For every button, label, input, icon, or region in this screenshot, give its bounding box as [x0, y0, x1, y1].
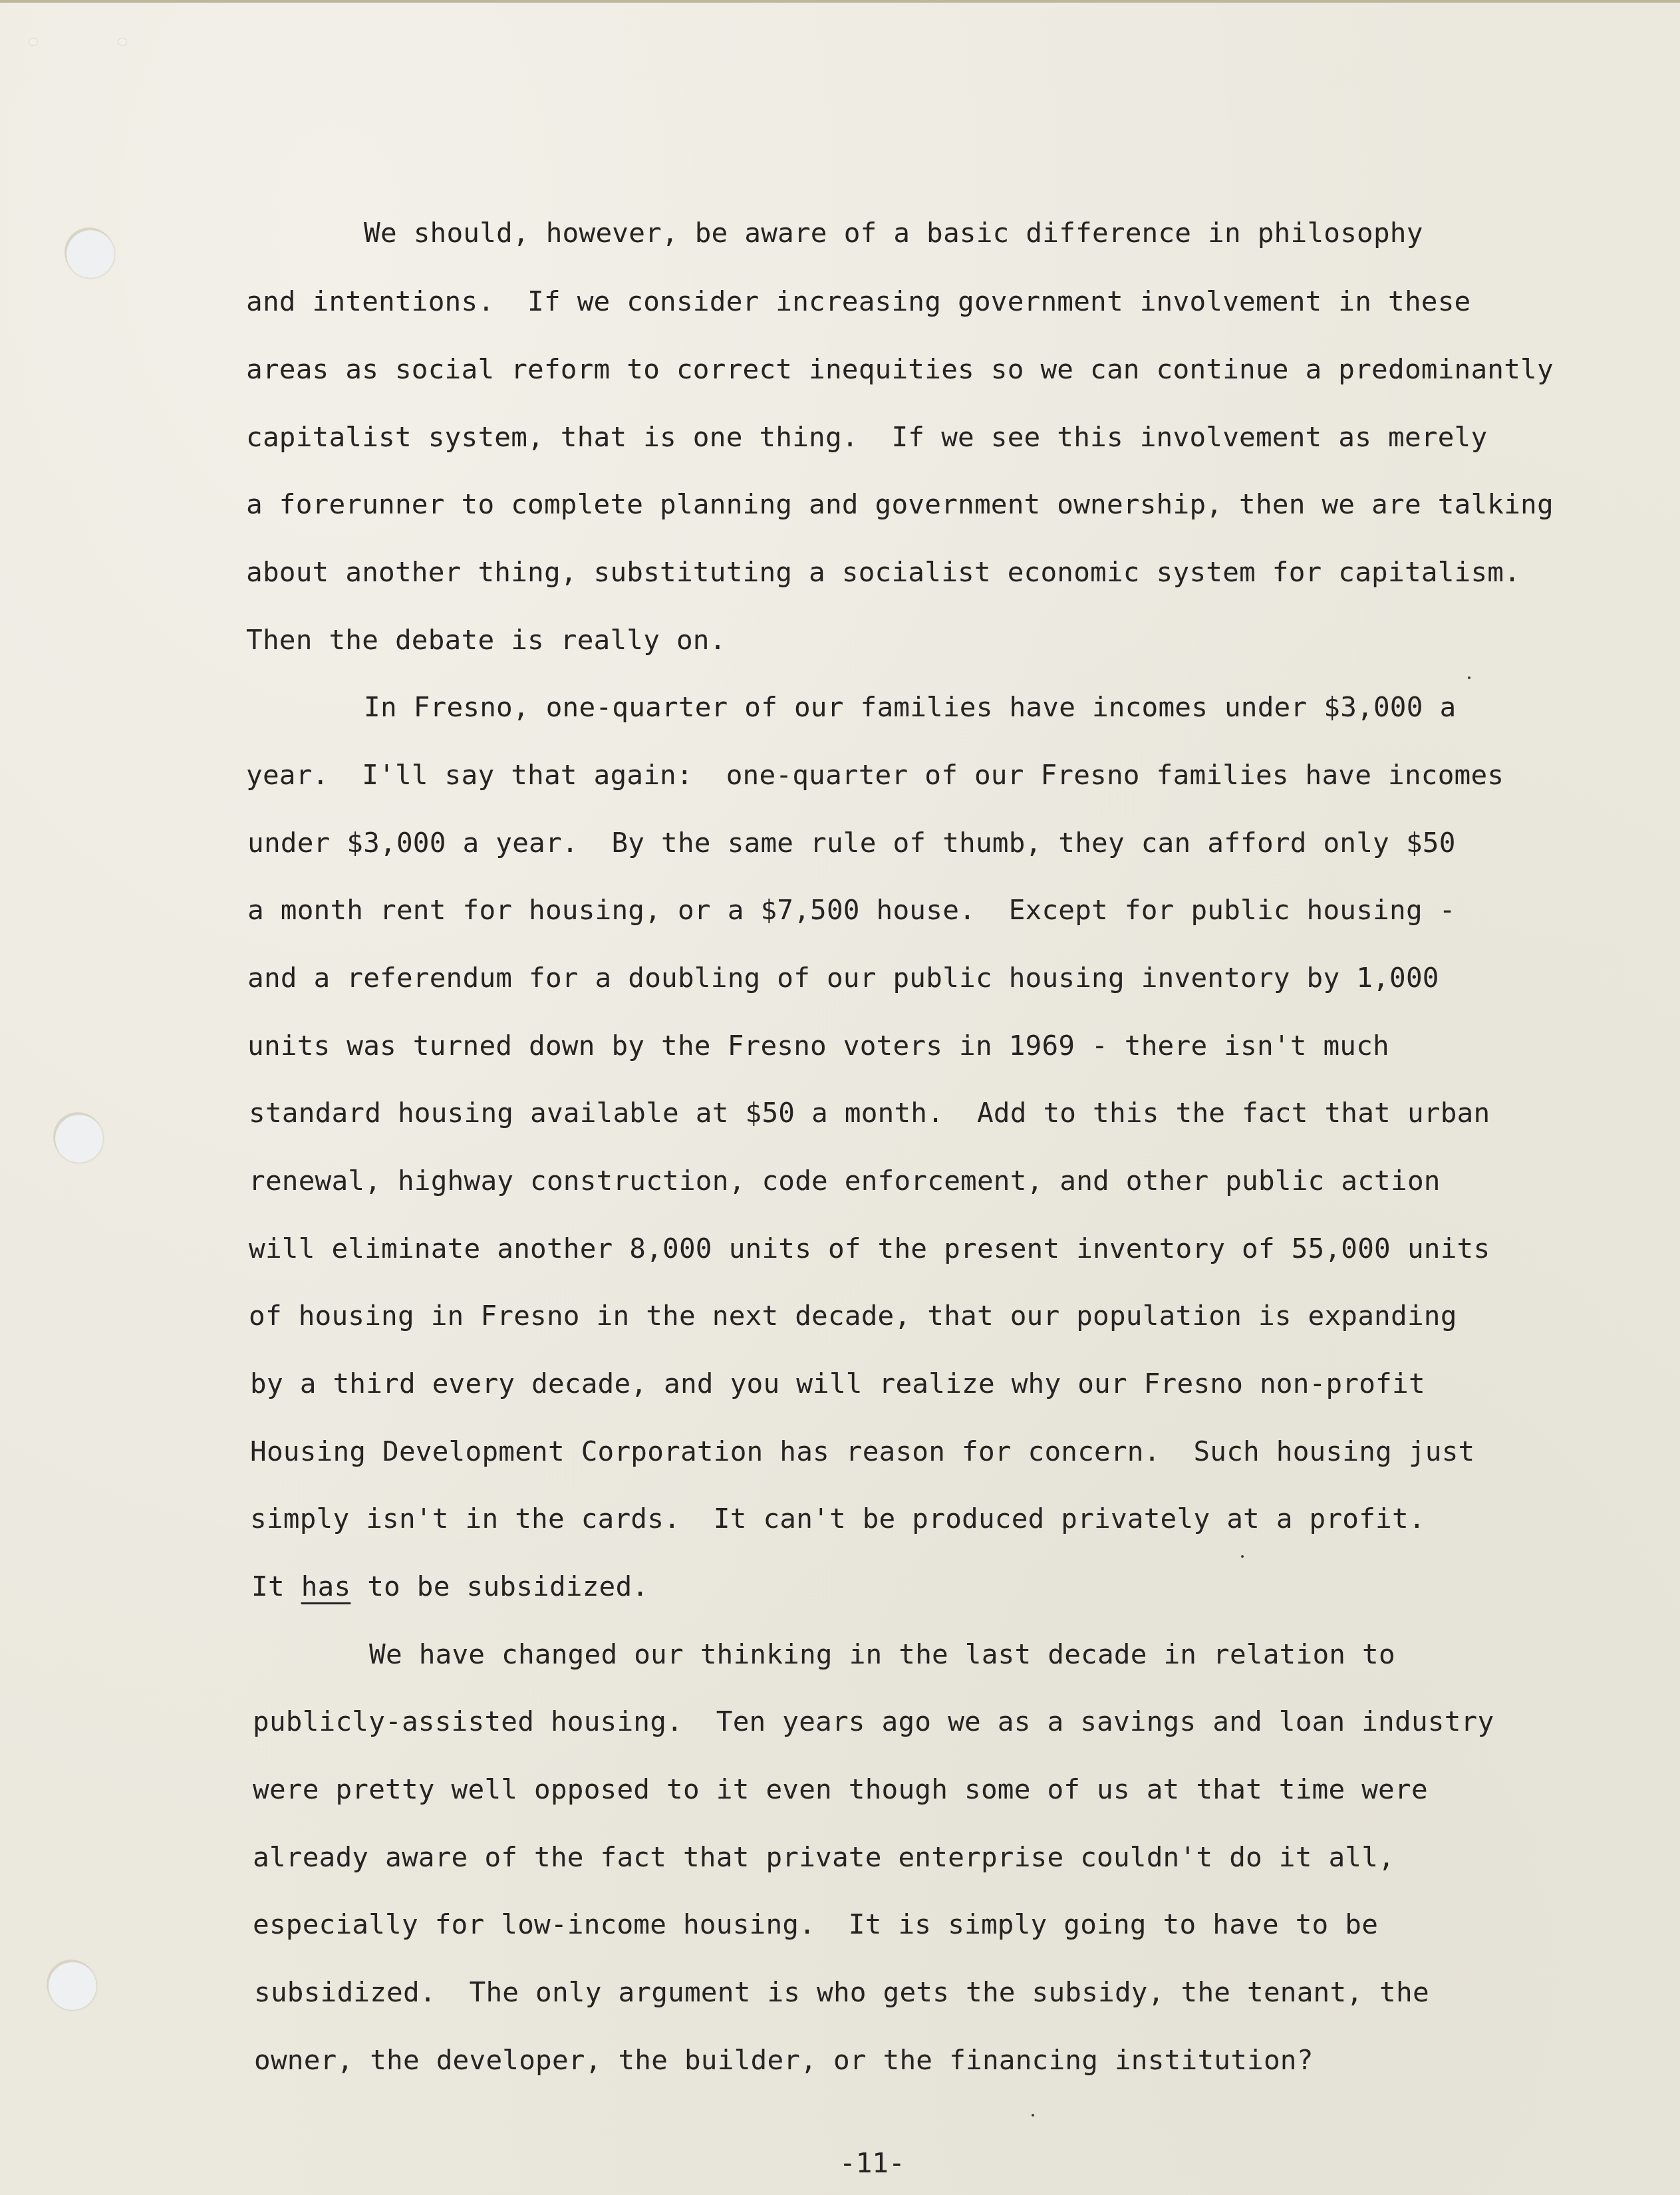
paragraph-1-line-4: capitalist system, that is one thing. If…	[246, 424, 1487, 451]
paragraph-3-line-6: subsidized. The only argument is who get…	[254, 1979, 1429, 2006]
paragraph-2-line-4: a month rent for housing, or a $7,500 ho…	[247, 897, 1456, 924]
paragraph-2-last-line: It has to be subsidized.	[251, 1573, 648, 1600]
ink-speck	[1241, 1555, 1244, 1558]
document-page: We should, however, be aware of a basic …	[0, 0, 1680, 2195]
page-number: -11-	[839, 2150, 905, 2177]
paragraph-2-line-2: year. I'll say that again: one-quarter o…	[246, 762, 1504, 789]
paragraph-2-line-11: by a third every decade, and you will re…	[250, 1370, 1425, 1397]
paragraph-3-line-2: publicly-assisted housing. Ten years ago…	[253, 1708, 1494, 1735]
paragraph-3-line-4: already aware of the fact that private e…	[253, 1844, 1395, 1871]
pin-mark	[118, 39, 126, 45]
pin-mark	[29, 39, 37, 45]
paragraph-2-line-1: In Fresno, one-quarter of our families h…	[364, 694, 1456, 721]
last-line-before: It	[251, 1570, 301, 1602]
paragraph-2-line-10: of housing in Fresno in the next decade,…	[249, 1302, 1457, 1330]
paragraph-2-line-7: standard housing available at $50 a mont…	[249, 1099, 1490, 1127]
paragraph-1-line-1: We should, however, be aware of a basic …	[364, 219, 1423, 247]
paragraph-3-line-1: We have changed our thinking in the last…	[369, 1641, 1395, 1668]
paragraph-1-line-6: about another thing, substituting a soci…	[246, 559, 1520, 586]
paragraph-1-line-7: Then the debate is really on.	[246, 627, 726, 654]
paragraph-2-line-13: simply isn't in the cards. It can't be p…	[250, 1505, 1425, 1533]
paragraph-3-line-5: especially for low-income housing. It is…	[253, 1911, 1378, 1938]
paragraph-2-line-6: units was turned down by the Fresno vote…	[247, 1032, 1389, 1060]
paragraph-3-line-3: were pretty well opposed to it even thou…	[253, 1776, 1428, 1803]
binder-hole-top	[67, 230, 114, 278]
page-top-edge	[0, 0, 1680, 3]
last-line-after: to be subsidized.	[350, 1570, 648, 1602]
paragraph-1-line-2: and intentions. If we consider increasin…	[246, 288, 1470, 315]
binder-hole-bottom	[49, 1962, 96, 2010]
paragraph-1-line-5: a forerunner to complete planning and go…	[246, 491, 1554, 518]
paragraph-3-line-7: owner, the developer, the builder, or th…	[254, 2047, 1314, 2074]
paragraph-2-line-5: and a referendum for a doubling of our p…	[247, 964, 1439, 992]
underlined-emphasis-word: has	[301, 1570, 351, 1602]
paragraph-2-line-8: renewal, highway construction, code enfo…	[249, 1167, 1441, 1195]
paragraph-2-line-9: will eliminate another 8,000 units of th…	[249, 1235, 1490, 1262]
binder-hole-middle	[55, 1115, 103, 1163]
ink-speck	[1032, 2114, 1034, 2117]
paragraph-2-line-12: Housing Development Corporation has reas…	[250, 1438, 1474, 1465]
ink-speck	[1468, 676, 1470, 679]
paragraph-2-line-3: under $3,000 a year. By the same rule of…	[247, 829, 1456, 857]
paragraph-1-line-3: areas as social reform to correct inequi…	[246, 356, 1554, 383]
